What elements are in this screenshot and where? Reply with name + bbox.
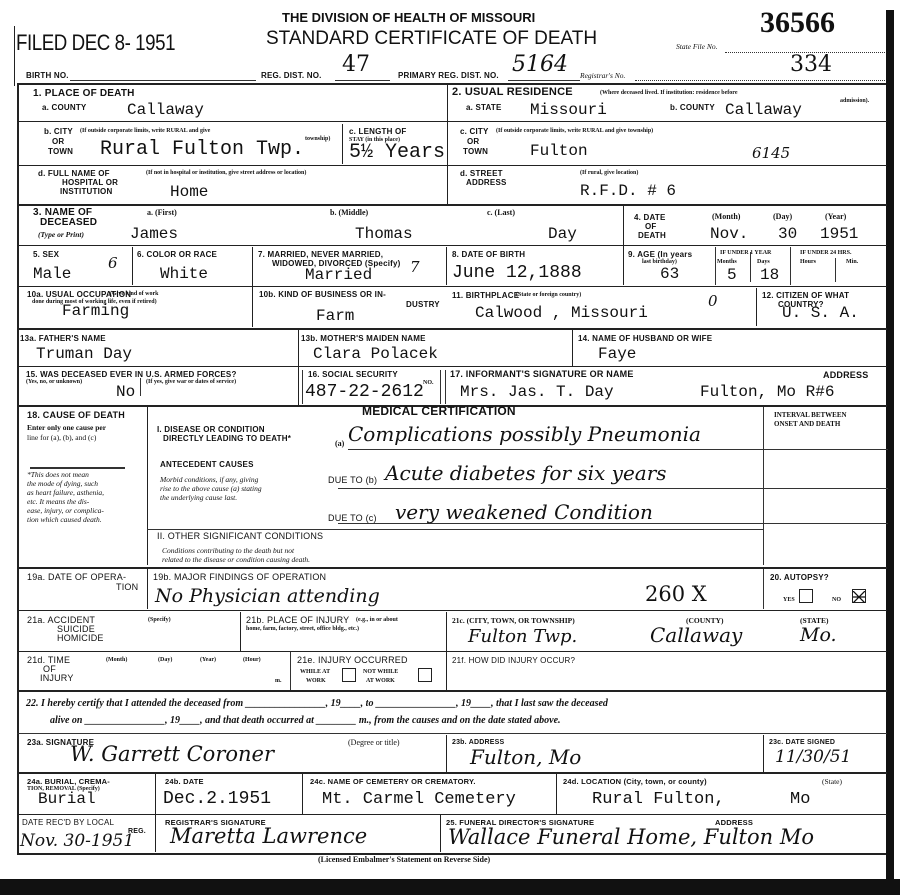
other-note-2: related to the disease or condition caus…	[162, 555, 310, 564]
not-while-at-work-checkbox[interactable]	[418, 668, 432, 682]
birthplace-note: (State or foreign country)	[516, 292, 581, 299]
injury-hour-label: (Hour)	[243, 657, 261, 664]
last-name-label: c. (Last)	[487, 209, 515, 216]
divider	[17, 651, 887, 652]
divider	[440, 815, 441, 852]
divider	[446, 247, 447, 285]
hospital-label: d. FULL NAME OF	[38, 169, 110, 178]
injury-month-label: (Month)	[106, 657, 127, 664]
cause-c: very weakened Condition	[395, 503, 653, 521]
divider	[240, 612, 241, 652]
autopsy-yes-checkbox[interactable]	[799, 589, 813, 603]
marital-code: 7	[410, 258, 420, 276]
divider	[440, 370, 441, 404]
date-signed-label: 23c. DATE SIGNED	[769, 738, 835, 747]
hospital-note: (If not in hospital or institution, give…	[146, 170, 306, 177]
dod-label-2: OF	[645, 222, 657, 231]
city-note: (If outside corporate limits, write RURA…	[80, 128, 210, 135]
ssn-label: 16. SOCIAL SECURITY	[308, 370, 398, 379]
sex-code: 6	[108, 254, 118, 272]
injury-occurred-label: 21e. INJURY OCCURRED	[297, 656, 408, 665]
scan-edge-bottom	[0, 879, 900, 895]
footnote-line: the mode of dying, such	[27, 479, 104, 488]
place-of-injury-note: (e.g., in or about	[356, 617, 398, 624]
race-label: 6. COLOR OR RACE	[137, 250, 217, 259]
interval-label-2: ONSET AND DEATH	[774, 421, 840, 428]
res-state: Missouri	[530, 102, 607, 119]
divider	[342, 124, 343, 164]
date-recd-label: DATE REC'D BY LOCAL	[22, 818, 114, 827]
reg-dist-value: 47	[342, 56, 370, 74]
res-state-label: a. STATE	[466, 103, 502, 112]
city-label: b. CITY	[44, 127, 73, 136]
residence-label: 2. USUAL RESIDENCE	[452, 88, 573, 97]
death-year: 1951	[820, 226, 858, 243]
cemetery-name: Mt. Carmel Cemetery	[322, 791, 516, 808]
dob-label: 8. DATE OF BIRTH	[452, 250, 525, 259]
res-city: Fulton	[530, 143, 588, 160]
injury-city: Fulton Twp.	[468, 628, 577, 646]
dod-month-label: (Month)	[712, 213, 740, 220]
place-of-injury-label: 21b. PLACE OF INJURY	[246, 616, 349, 625]
certificate-number: 36566	[760, 6, 835, 40]
divider	[348, 449, 888, 450]
street-address: R.F.D. # 6	[580, 183, 676, 200]
address-label: ADDRESS	[466, 178, 507, 187]
death-county: Callaway	[127, 102, 204, 119]
reg-dist-line	[335, 80, 390, 81]
injury-state: Mo.	[800, 626, 837, 644]
age-value: 63	[660, 266, 679, 283]
injury-county: Callaway	[650, 626, 742, 644]
min-label: Min.	[846, 259, 858, 266]
birth-no-label: BIRTH NO.	[26, 71, 69, 80]
divider	[132, 247, 133, 285]
cause-a-label: (a)	[335, 440, 344, 447]
reg-dist-label: REG. DIST. NO.	[261, 71, 322, 80]
embalmer-note: (Licensed Embalmer's Statement on Revers…	[318, 856, 490, 863]
divider	[252, 247, 253, 327]
cause-label: 18. CAUSE OF DEATH	[27, 411, 125, 420]
other-conditions-label: II. OTHER SIGNIFICANT CONDITIONS	[157, 532, 323, 541]
mother-name: Clara Polacek	[313, 346, 438, 363]
injury-year-label: (Year)	[200, 657, 216, 664]
sex-value: Male	[33, 266, 71, 283]
cause-note-2: line for (a), (b), and (c)	[27, 433, 96, 442]
days-label: Days	[757, 259, 770, 266]
divider	[302, 774, 303, 814]
res-or-label: OR	[467, 137, 479, 146]
certification-line-1: 22. I hereby certify that I attended the…	[26, 698, 608, 710]
divider	[17, 165, 887, 166]
cause-b: Acute diabetes for six years	[385, 464, 667, 482]
division-title: THE DIVISION OF HEALTH OF MISSOURI	[282, 10, 535, 25]
divider	[447, 85, 448, 205]
res-city-code: 6145	[752, 144, 790, 162]
medical-certification-title: MEDICAL CERTIFICATION	[362, 407, 516, 416]
admission-note: admission).	[840, 98, 869, 105]
citizen-label: 12. CITIZEN OF WHAT	[762, 291, 849, 300]
divider	[715, 247, 716, 285]
antecedent-label: ANTECEDENT CAUSES	[160, 460, 254, 469]
father-name: Truman Day	[36, 346, 132, 363]
residence-note: (Where deceased lived. If institution: r…	[600, 90, 737, 97]
specify-label: (Specify)	[148, 617, 171, 624]
footnote-line: as heart failure, asthenia,	[27, 488, 104, 497]
business-label-2: DUSTRY	[406, 300, 440, 309]
filed-stamp-mark	[14, 26, 15, 86]
ssn-value: 487-22-2612	[305, 384, 424, 401]
scan-edge-right	[886, 10, 894, 890]
findings-label: 19b. MAJOR FINDINGS OF OPERATION	[153, 573, 326, 582]
spouse-label: 14. NAME OF HUSBAND OR WIFE	[578, 334, 712, 343]
burial-date-label: 24b. DATE	[165, 777, 204, 786]
hours-label: Hours	[800, 259, 816, 266]
death-day: 30	[778, 226, 797, 243]
cert-address: Fulton, Mo	[470, 748, 581, 766]
divider	[17, 245, 887, 246]
hospital-name: Home	[170, 184, 208, 201]
length-label: c. LENGTH OF	[349, 127, 407, 136]
citizen-value: U. S. A.	[782, 305, 859, 322]
divider	[17, 690, 887, 692]
footnote-line: *This does not mean	[27, 470, 104, 479]
res-city-label: c. CITY	[460, 127, 489, 136]
divider	[17, 204, 887, 206]
disease-label: I. DISEASE OR CONDITION	[157, 425, 265, 434]
spouse-name: Faye	[598, 346, 636, 363]
res-city-note: (If outside corporate limits, write RURA…	[496, 128, 653, 135]
name-label: 3. NAME OF	[33, 208, 92, 217]
divider	[302, 370, 303, 404]
armed-forces-value: No	[116, 384, 135, 401]
how-injury-label: 21f. HOW DID INJURY OCCUR?	[452, 656, 575, 665]
sex-label: 5. SEX	[33, 250, 59, 259]
middle-name: Thomas	[355, 226, 413, 243]
funeral-director-signature: Wallace Funeral Home, Fulton Mo	[448, 828, 814, 846]
place-of-death-label: 1. PLACE OF DEATH	[33, 89, 135, 98]
cause-note: Enter only one cause per	[27, 423, 106, 432]
township-note: township)	[305, 136, 330, 143]
divider	[763, 407, 764, 565]
town-label: TOWN	[48, 147, 73, 156]
divider	[572, 330, 573, 366]
informant-name: Mrs. Jas. T. Day	[460, 384, 614, 401]
certification-line-2: alive on ________________, 19____, and t…	[50, 715, 561, 727]
footnote-line: tion which caused death.	[27, 515, 104, 524]
homicide-label: HOMICIDE	[57, 634, 104, 643]
business-label: 10b. KIND OF BUSINESS OR IN-	[259, 290, 386, 299]
marital-label: 7. MARRIED, NEVER MARRIED,	[258, 250, 383, 259]
length-of-stay: 5½ Years	[349, 144, 445, 161]
informant-label: 17. INFORMANT'S SIGNATURE OR NAME	[450, 370, 634, 379]
degree-label: (Degree or title)	[348, 739, 400, 746]
informant-address-label: ADDRESS	[823, 371, 868, 380]
at-work-label: AT WORK	[366, 678, 395, 685]
divider	[17, 121, 447, 122]
morbid-note-2: rise to the above cause (a) stating	[160, 484, 262, 493]
injury-m-label: m.	[275, 678, 282, 685]
location-label: 24d. LOCATION (City, town, or county)	[563, 777, 707, 786]
divider	[17, 286, 887, 287]
name-label-2: DECEASED	[40, 218, 97, 227]
primary-reg-dist-line	[508, 80, 580, 81]
divider	[763, 569, 764, 609]
other-note: Conditions contributing to the death but…	[162, 546, 294, 555]
birthplace-value: Calwood , Missouri	[475, 305, 648, 322]
location-state: Mo	[790, 791, 810, 808]
findings-code: 260 X	[645, 585, 707, 603]
filed-stamp: FILED DEC 8- 1951	[16, 30, 175, 56]
county-label: a. COUNTY	[42, 103, 86, 112]
due-to-c-label: DUE TO (c)	[328, 514, 377, 523]
injury-state-label: (STATE)	[800, 617, 828, 624]
street-label: d. STREET	[460, 169, 503, 178]
operation-date-label-2: TION	[116, 583, 138, 592]
burial-value: Burial	[38, 791, 96, 808]
location-state-label: (State)	[822, 778, 842, 785]
dob-value: June 12,1888	[452, 265, 582, 282]
divider	[147, 407, 148, 565]
divider	[17, 733, 887, 734]
res-county-label: b. COUNTY	[670, 103, 715, 112]
under-24-label: IF UNDER 24 HRS.	[800, 250, 851, 257]
morbid-note-3: the underlying cause last.	[160, 493, 237, 502]
birthplace-code: 0	[708, 292, 718, 310]
divider	[147, 529, 763, 530]
first-name: James	[130, 226, 178, 243]
burial-label: 24a. BURIAL, CREMA-	[27, 777, 110, 786]
divider	[623, 205, 624, 285]
autopsy-yes-label: YES	[783, 597, 795, 604]
divider	[763, 735, 764, 772]
autopsy-no-checkbox[interactable]	[852, 589, 866, 603]
divider	[155, 774, 156, 852]
divider	[445, 370, 446, 404]
last-name: Day	[548, 226, 577, 243]
while-at-work-label: WHILE AT	[300, 669, 330, 676]
hospital-label-2: HOSPITAL OR	[62, 178, 118, 187]
divider	[338, 488, 888, 489]
place-of-injury-note-2: home, farm, factory, street, office bldg…	[246, 626, 359, 633]
armed-forces-note: (Yes, no, or unknown)	[26, 379, 82, 386]
birthplace-label: 11. BIRTHPLACE	[452, 291, 519, 300]
divider	[140, 378, 141, 396]
registrar-signature: Maretta Lawrence	[170, 827, 367, 845]
occupation-note: (Give kind of work	[110, 291, 159, 298]
occupation-value: Farming	[62, 303, 129, 320]
res-county: Callaway	[725, 102, 802, 119]
dod-label: 4. DATE	[634, 213, 665, 222]
while-at-work-checkbox[interactable]	[342, 668, 356, 682]
footnote-line: ease, injury, or complica-	[27, 506, 104, 515]
autopsy-no-label: NO	[832, 597, 841, 604]
footnote-line: etc. It means the dis-	[27, 497, 104, 506]
divider	[447, 121, 887, 122]
marital-value: Married	[305, 267, 372, 284]
time-of-injury-label-3: INJURY	[40, 674, 74, 683]
footnote: *This does not mean the mode of dying, s…	[27, 470, 104, 524]
registrar-no-label: Registrar's No.	[580, 71, 625, 80]
injury-day-label: (Day)	[158, 657, 172, 664]
divider	[17, 814, 887, 815]
divider	[556, 774, 557, 814]
months-label: Months	[717, 259, 737, 266]
first-name-label: a. (First)	[147, 209, 177, 216]
divider	[298, 330, 299, 405]
cemetery-label: 24c. NAME OF CEMETERY OR CREMATORY.	[310, 777, 476, 786]
state-file-label: State File No.	[676, 42, 717, 51]
middle-name-label: b. (Middle)	[330, 209, 368, 216]
date-recd-value: Nov. 30-1951	[20, 832, 134, 850]
dod-day-label: (Day)	[773, 213, 792, 220]
location-value: Rural Fulton,	[592, 791, 725, 808]
divider	[756, 288, 757, 326]
res-town-label: TOWN	[463, 147, 488, 156]
findings-value: No Physician attending	[155, 587, 380, 605]
divider	[835, 258, 836, 282]
divider	[17, 610, 887, 611]
divider	[790, 247, 791, 285]
father-label: 13a. FATHER'S NAME	[20, 334, 106, 343]
months-value: 5	[727, 267, 737, 284]
primary-reg-dist-value: 5164	[512, 56, 568, 74]
under-1-label: IF UNDER 1 YEAR	[720, 250, 771, 257]
divider	[30, 467, 125, 469]
form-title: STANDARD CERTIFICATE OF DEATH	[266, 28, 597, 50]
divider	[17, 328, 887, 330]
autopsy-label: 20. AUTOPSY?	[770, 573, 829, 582]
divider	[290, 652, 291, 690]
operation-date-label: 19a. DATE OF OPERA-	[27, 573, 126, 582]
death-month: Nov.	[710, 226, 748, 243]
divider	[446, 735, 447, 772]
age-label: 9. AGE (In years	[628, 250, 692, 259]
work-label: WORK	[306, 678, 326, 685]
death-city: Rural Fulton Twp.	[100, 141, 304, 158]
not-while-label: NOT WHILE	[363, 669, 398, 676]
registrar-no-value: 334	[790, 56, 832, 74]
business-value: Farm	[316, 308, 354, 325]
morbid-note: Morbid conditions, if any, giving	[160, 475, 258, 484]
name-note: (Type or Print)	[38, 230, 84, 239]
street-note: (If rural, give location)	[580, 170, 638, 177]
checkmark-x-icon	[853, 591, 865, 603]
due-to-b-label: DUE TO (b)	[328, 476, 377, 485]
ssn-no-label: NO.	[423, 380, 434, 387]
armed-forces-note-2: (If yes, give war or dates of service)	[146, 379, 236, 386]
birth-no-line	[70, 80, 256, 81]
race-value: White	[160, 266, 208, 283]
dod-label-3: DEATH	[638, 231, 666, 240]
divider	[147, 569, 148, 609]
primary-reg-dist-label: PRIMARY REG. DIST. NO.	[398, 71, 499, 80]
injury-city-label: 21c. (CITY, TOWN, OR TOWNSHIP)	[452, 617, 575, 624]
divider	[17, 366, 887, 367]
days-value: 18	[760, 267, 779, 284]
burial-date: Dec.2.1951	[163, 791, 271, 808]
physician-signature: W. Garrett Coroner	[70, 745, 274, 763]
informant-address: Fulton, Mo R#6	[700, 384, 834, 401]
disease-label-2: DIRECTLY LEADING TO DEATH*	[163, 434, 291, 443]
date-signed: 11/30/51	[775, 748, 851, 766]
hospital-label-3: INSTITUTION	[60, 187, 112, 196]
armed-forces-label: 15. WAS DECEASED EVER IN U.S. ARMED FORC…	[26, 370, 237, 379]
dod-year-label: (Year)	[825, 213, 846, 220]
cause-a: Complications possibly Pneumonia	[348, 425, 701, 443]
registrar-no-line	[635, 80, 885, 81]
interval-label: INTERVAL BETWEEN	[774, 412, 847, 419]
divider	[17, 772, 887, 774]
mother-label: 13b. MOTHER'S MAIDEN NAME	[301, 334, 426, 343]
or-label: OR	[52, 137, 64, 146]
